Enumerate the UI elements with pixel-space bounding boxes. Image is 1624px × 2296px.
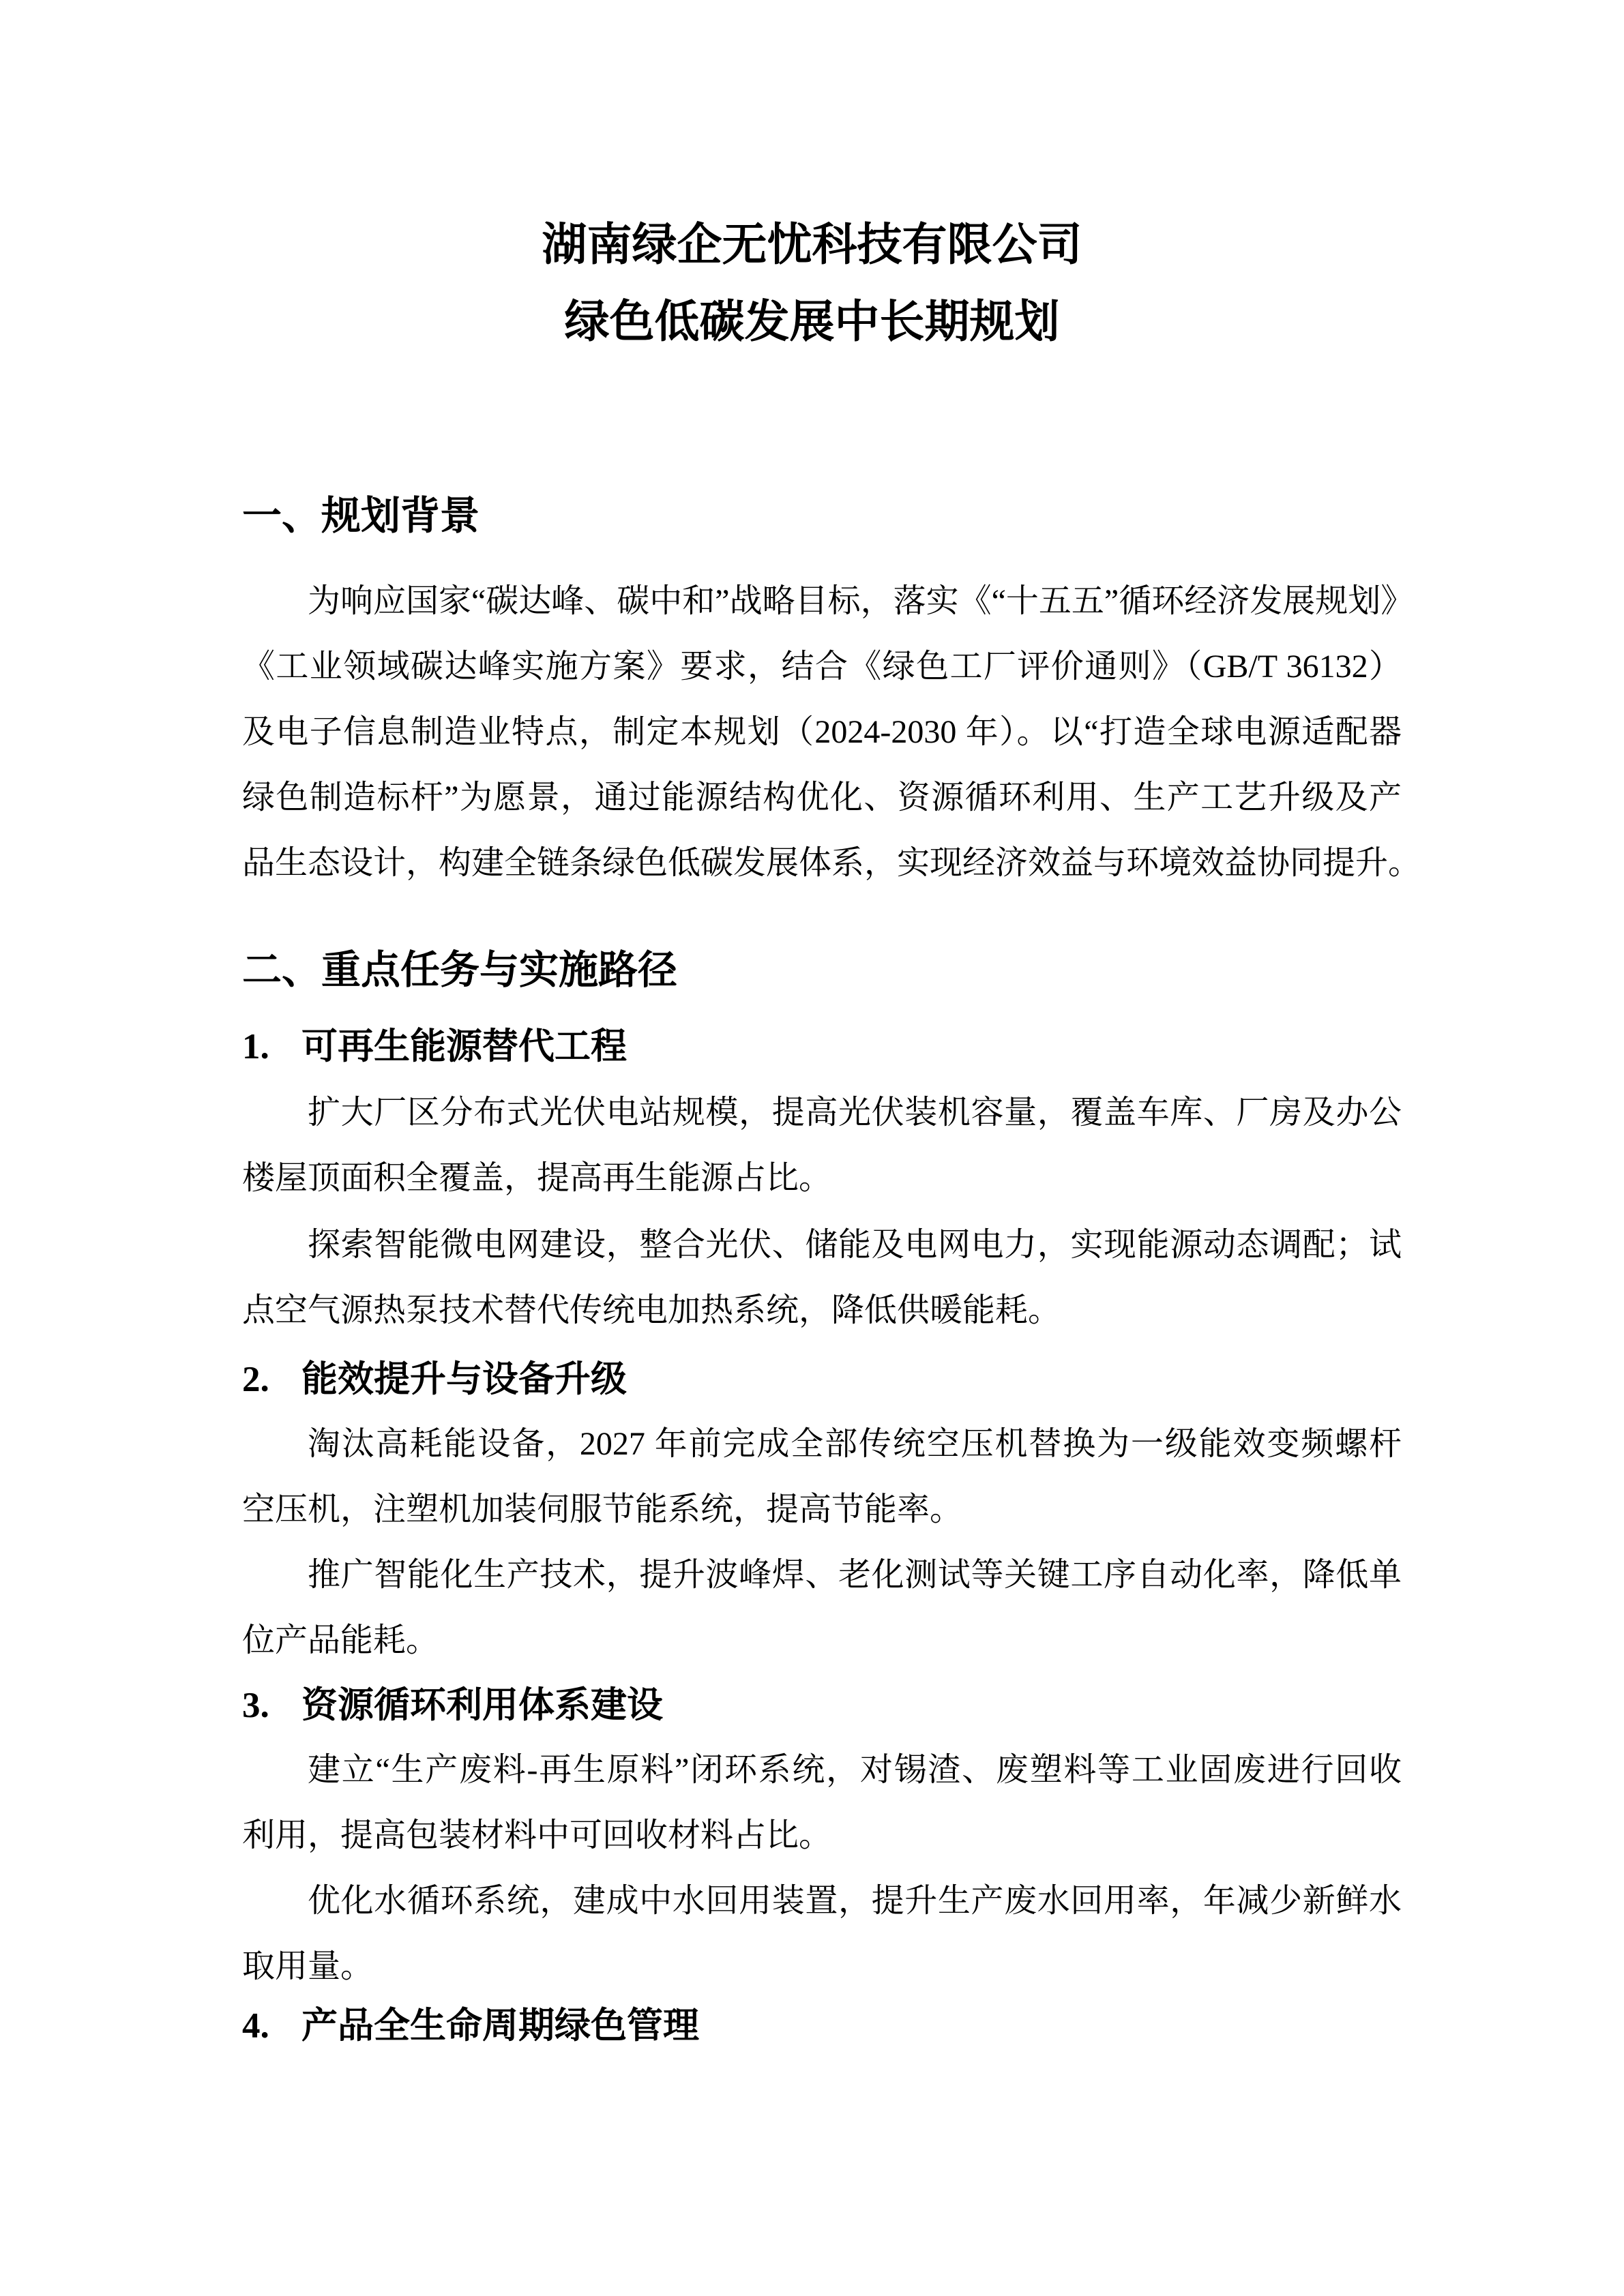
body-line: 点空气源热泵技术替代传统电加热系统，降低供暖能耗。 (242, 1293, 1402, 1329)
intro-paragraph-line-5: 品生态设计，构建全链条绿色低碳发展体系，实现经济效益与环境效益协同提升。 (242, 846, 1402, 882)
subsection-4-title: 产品全生命周期绿色管理 (301, 2006, 699, 2046)
subsection-1-heading: 1.可再生能源替代工程 (242, 1028, 1402, 1067)
body-line: 空压机，注塑机加装伺服节能系统，提高节能率。 (242, 1492, 1402, 1528)
document-page: 湖南绿企无忧科技有限公司 绿色低碳发展中长期规划 一、规划背景 为响应国家“碳达… (0, 0, 1624, 2296)
subsection-4-heading: 4.产品全生命周期绿色管理 (242, 2008, 1402, 2046)
body-line: 楼屋顶面积全覆盖，提高再生能源占比。 (242, 1161, 1402, 1197)
subsection-1-number: 1. (242, 1028, 301, 1067)
subsection-4-number: 4. (242, 2008, 301, 2046)
subsection-3-title: 资源循环利用体系建设 (301, 1686, 663, 1725)
intro-paragraph-line-2: 《工业领域碳达峰实施方案》要求，结合《绿色工厂评价通则》（GB/T 36132） (242, 649, 1402, 685)
intro-paragraph-line-1: 为响应国家“碳达峰、碳中和”战略目标，落实《“十五五”循环经济发展规划》 (242, 584, 1402, 620)
subsection-2-title: 能效提升与设备升级 (301, 1360, 627, 1399)
body-line: 推广智能化生产技术，提升波峰焊、老化测试等关键工序自动化率，降低单 (242, 1557, 1402, 1594)
subsection-1-title: 可再生能源替代工程 (301, 1027, 627, 1067)
body-line: 建立“生产废料-再生原料”闭环系统，对锡渣、废塑料等工业固废进行回收 (242, 1753, 1402, 1789)
intro-paragraph-line-4: 绿色制造标杆”为愿景，通过能源结构优化、资源循环利用、生产工艺升级及产 (242, 780, 1402, 816)
subsection-3-heading: 3.资源循环利用体系建设 (242, 1687, 1402, 1725)
body-line: 探索智能微电网建设，整合光伏、储能及电网电力，实现能源动态调配；试 (242, 1227, 1402, 1264)
body-line: 扩大厂区分布式光伏电站规模，提高光伏装机容量，覆盖车库、厂房及办公 (242, 1095, 1402, 1131)
subsection-2-number: 2. (242, 1361, 301, 1399)
subsection-2-heading: 2.能效提升与设备升级 (242, 1361, 1402, 1399)
section-1-heading: 一、规划背景 (242, 496, 1402, 536)
document-title-line1: 湖南绿企无忧科技有限公司 (0, 223, 1624, 268)
section-2-heading: 二、重点任务与实施路径 (242, 951, 1402, 990)
subsection-3-number: 3. (242, 1687, 301, 1725)
body-line: 位产品能耗。 (242, 1623, 1402, 1659)
document-title-line2: 绿色低碳发展中长期规划 (0, 300, 1624, 345)
body-line: 取用量。 (242, 1949, 1402, 1985)
body-line: 优化水循环系统，建成中水回用装置，提升生产废水回用率，年减少新鲜水 (242, 1883, 1402, 1920)
body-line: 淘汰高耗能设备，2027 年前完成全部传统空压机替换为一级能效变频螺杆 (242, 1427, 1402, 1463)
intro-paragraph-line-3: 及电子信息制造业特点，制定本规划（2024-2030 年）。以“打造全球电源适配… (242, 715, 1402, 751)
body-line: 利用，提高包装材料中可回收材料占比。 (242, 1818, 1402, 1854)
